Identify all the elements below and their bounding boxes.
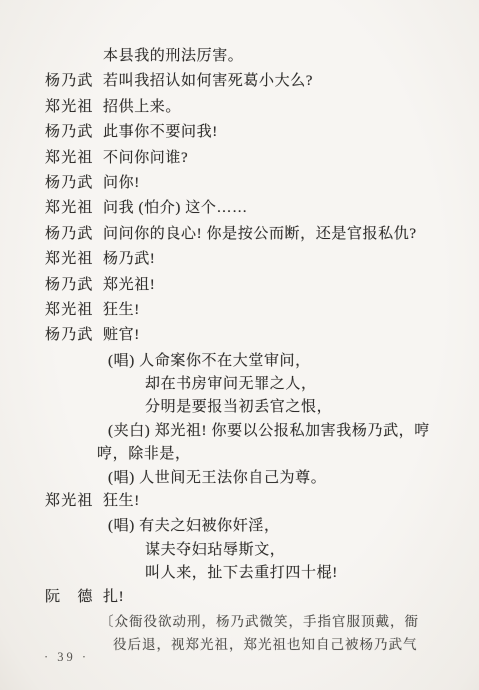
script-line: 杨乃武 此事你不要问我! [0, 120, 479, 145]
line-text: 郑光祖! [103, 273, 155, 294]
line-text: 不问你问谁? [103, 146, 188, 167]
script-line: (唱) 人命案你不在大堂审问， [0, 349, 479, 372]
speaker-name: 杨乃武 [45, 171, 93, 192]
line-text: 招供上来。 [103, 95, 181, 116]
script-line: (唱) 有夫之妇被你奸淫， [0, 514, 479, 537]
script-line: 阮德 扎! [0, 585, 479, 610]
line-text: 问我 (怕介) 这个…… [103, 196, 248, 217]
speaker-name: 郑光祖 [45, 489, 93, 510]
script-line: 郑光祖 狂生! [0, 489, 479, 514]
line-text: (唱) 有夫之妇被你奸淫， [108, 514, 280, 535]
script-line: 杨乃武 赃官! [0, 323, 479, 348]
line-text: 本县我的刑法厉害。 [103, 44, 243, 65]
script-line: 郑光祖 不问你问谁? [0, 146, 479, 171]
book-page: 本县我的刑法厉害。 杨乃武 若叫我招认如何害死葛小大么? 郑光祖 招供上来。 杨… [0, 0, 479, 690]
line-text: (夹白) 郑光祖! 你要以公报私加害我杨乃武，哼 [108, 419, 430, 440]
script-line: 郑光祖 杨乃武! [0, 247, 479, 272]
line-text: 问你! [103, 171, 140, 192]
speaker-name: 郑光祖 [45, 95, 93, 116]
speaker-name: 杨乃武 [45, 69, 93, 90]
script-line: 杨乃武 问问你的良心! 你是按公而断，还是官报私仇? [0, 222, 479, 247]
line-text: 叫人来，扯下去重打四十棍! [145, 561, 338, 582]
line-text: 问问你的良心! 你是按公而断，还是官报私仇? [103, 222, 417, 243]
script-line: 哼，除非是， [0, 442, 479, 465]
speaker-name: 杨乃武 [45, 120, 93, 141]
script-line: 郑光祖 招供上来。 [0, 95, 479, 120]
script-line: 本县我的刑法厉害。 [0, 44, 479, 69]
speaker-name: 杨乃武 [45, 323, 93, 344]
script-line: (唱) 人世间无王法你自己为尊。 [0, 466, 479, 489]
script-line: 杨乃武 若叫我招认如何害死葛小大么? [0, 69, 479, 94]
line-text: (唱) 人世间无王法你自己为尊。 [108, 466, 326, 487]
script-line: (夹白) 郑光祖! 你要以公报私加害我杨乃武，哼 [0, 419, 479, 442]
speaker-name: 杨乃武 [45, 222, 93, 243]
line-text: 狂生! [103, 489, 140, 510]
script-line: 分明是要报当初丢官之恨， [0, 395, 479, 418]
line-text: 分明是要报当初丢官之恨， [145, 395, 332, 416]
speaker-name: 郑光祖 [45, 247, 93, 268]
speaker-name: 郑光祖 [45, 196, 93, 217]
script-line: 〔众衙役欲动刑，杨乃武微笑，手指官服顶戴，衙 [0, 610, 479, 633]
script-line: 郑光祖 狂生! [0, 298, 479, 323]
line-text: 此事你不要问我! [103, 120, 218, 141]
speaker-name: 杨乃武 [45, 273, 93, 294]
speaker-name: 阮德 [45, 585, 93, 606]
line-text: 狂生! [103, 298, 140, 319]
line-text: 谋夫夺妇玷辱斯文， [145, 538, 285, 559]
line-text: 赃官! [103, 323, 140, 344]
speaker-name: 郑光祖 [45, 146, 93, 167]
script-line: 却在书房审问无罪之人， [0, 372, 479, 395]
line-text: 扎! [103, 585, 124, 606]
script-line: 郑光祖 问我 (怕介) 这个…… [0, 196, 479, 221]
line-text: 杨乃武! [103, 247, 155, 268]
line-text: (唱) 人命案你不在大堂审问， [108, 349, 311, 370]
line-text: 〔众衙役欲动刑，杨乃武微笑，手指官服顶戴，衙 [100, 610, 419, 630]
line-text: 若叫我招认如何害死葛小大么? [103, 69, 313, 90]
speaker-name: 郑光祖 [45, 298, 93, 319]
page-number: · 39 · [44, 650, 89, 665]
line-text: 哼，除非是， [97, 442, 191, 463]
script-lines: 本县我的刑法厉害。 杨乃武 若叫我招认如何害死葛小大么? 郑光祖 招供上来。 杨… [0, 44, 479, 657]
script-line: 谋夫夺妇玷辱斯文， [0, 538, 479, 561]
line-text: 却在书房审问无罪之人， [145, 372, 317, 393]
script-line: 叫人来，扯下去重打四十棍! [0, 561, 479, 584]
line-text: 役后退，视郑光祖，郑光祖也知自己被杨乃武气 [113, 633, 418, 653]
script-line: 杨乃武 郑光祖! [0, 273, 479, 298]
script-line: 杨乃武 问你! [0, 171, 479, 196]
